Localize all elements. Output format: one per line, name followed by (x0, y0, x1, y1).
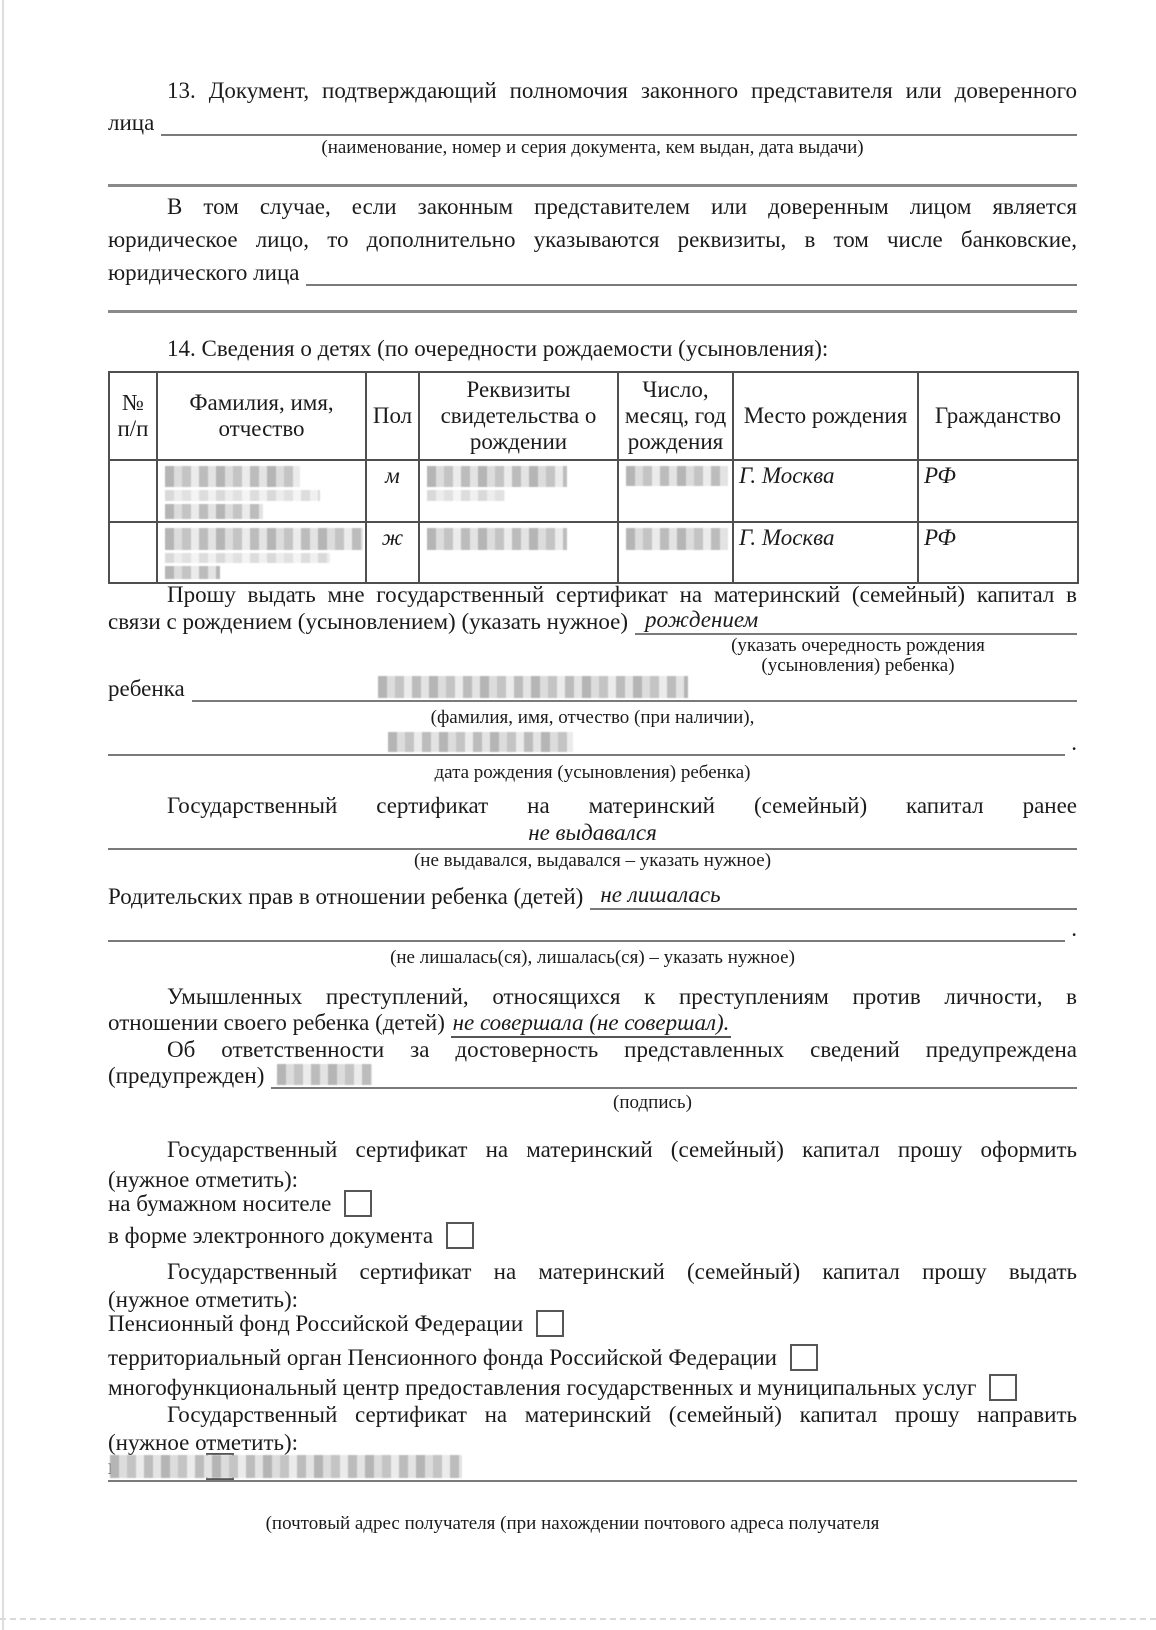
cell-birth-place: Г. Москва (733, 522, 918, 583)
child-name-caption: (фамилия, имя, отчество (при наличии), (108, 708, 1077, 728)
parental-rights-field[interactable]: не лишалась (590, 884, 1077, 910)
redacted-value (427, 528, 567, 550)
cell-birth-cert (419, 522, 618, 583)
parental-rights-value: не лишалась (590, 882, 720, 908)
cell-birth-place: Г. Москва (733, 460, 918, 522)
redacted-value (165, 504, 263, 519)
option-electronic-label: в форме электронного документа (108, 1223, 433, 1248)
signature-field[interactable] (271, 1063, 1077, 1089)
option-pfr: Пенсионный фонд Российской Федерации (108, 1310, 1077, 1338)
col-birth-place: Место рождения (733, 372, 918, 460)
issue-form-line1: Государственный сертификат на матерински… (108, 1137, 1077, 1163)
mail-address-row (108, 1480, 1077, 1482)
cell-citizenship: РФ (918, 522, 1078, 583)
scan-edge-artifact (2, 0, 4, 1630)
child-birthdate-field[interactable] (108, 730, 1065, 756)
parental-rights-cont-row: . (108, 916, 1077, 942)
redacted-address (110, 1455, 462, 1478)
application-form-page: 13. Документ, подтверждающий полномочия … (0, 0, 1156, 1630)
parental-rights-label: Родительских прав в отношении ребенка (д… (108, 884, 583, 910)
cell-number (109, 522, 157, 583)
birth-order-value: рождением (635, 607, 758, 633)
option-paper: на бумажном носителе (108, 1190, 1077, 1218)
electronic-checkbox[interactable] (446, 1222, 474, 1249)
request-row: связи с рождением (усыновлением) (указат… (108, 609, 1077, 635)
redacted-value (427, 466, 567, 487)
redacted-value (165, 466, 300, 487)
child-name-field[interactable] (192, 676, 1077, 702)
request-label: связи с рождением (усыновлением) (указат… (108, 609, 628, 635)
redacted-value (626, 528, 728, 550)
option-mfc: многофункциональный центр предоставления… (108, 1374, 1077, 1402)
option-electronic: в форме электронного документа (108, 1222, 1077, 1250)
send-by-line1: Государственный сертификат на матерински… (108, 1402, 1077, 1428)
children-table: № п/п Фамилия, имя, отчество Пол Реквизи… (108, 371, 1079, 584)
prior-cert-field[interactable]: не выдавался (108, 820, 1077, 850)
paper-checkbox[interactable] (344, 1190, 372, 1217)
period: . (1065, 730, 1077, 756)
legal-entity-line1: В том случае, если законным представител… (108, 194, 1077, 220)
child-name-row: ребенка (108, 676, 1077, 702)
option-territorial: территориальный орган Пенсионного фонда … (108, 1344, 1077, 1372)
child-row-1: м Г. Москва РФ (109, 460, 1078, 522)
signature-caption: (подпись) (108, 1093, 1077, 1113)
crimes-line2: отношении своего ребенка (детей) не сове… (108, 1010, 1077, 1036)
legal-entity-row: юридического лица (108, 260, 1077, 286)
responsibility-label: (предупрежден) (108, 1063, 264, 1089)
option-paper-label: на бумажном носителе (108, 1191, 331, 1216)
issue-by-line1: Государственный сертификат на матерински… (108, 1259, 1077, 1285)
redacted-signature (277, 1064, 372, 1085)
child-birthdate-row: . (108, 730, 1077, 756)
legal-entity-write-in-line[interactable] (306, 260, 1077, 286)
cell-name (157, 460, 366, 522)
crimes-line1: Умышленных преступлений, относящихся к п… (108, 984, 1077, 1010)
page-bottom-perforation (0, 1618, 1156, 1620)
option-pfr-label: Пенсионный фонд Российской Федерации (108, 1311, 523, 1336)
col-birth-date: Число, месяц, год рождения (618, 372, 733, 460)
redacted-value (388, 732, 573, 752)
mail-address-field[interactable] (108, 1480, 1077, 1482)
cell-birth-cert (419, 460, 618, 522)
col-number: № п/п (109, 372, 157, 460)
signature-row: (предупрежден) (108, 1063, 1077, 1089)
col-birth-cert: Реквизиты свидетельства о рождении (419, 372, 618, 460)
section13-label: лица (108, 110, 154, 136)
legal-entity-line2: юридическое лицо, то дополнительно указы… (108, 227, 1077, 253)
territorial-checkbox[interactable] (790, 1344, 818, 1371)
cell-citizenship: РФ (918, 460, 1078, 522)
option-territorial-label: территориальный орган Пенсионного фонда … (108, 1345, 777, 1370)
cell-sex: м (366, 460, 419, 522)
child-row-2: ж Г. Москва РФ (109, 522, 1078, 583)
parental-rights-caption: (не лишалась(ся), лишалась(ся) – указать… (108, 948, 1077, 968)
children-table-header-row: № п/п Фамилия, имя, отчество Пол Реквизи… (109, 372, 1078, 460)
mfc-checkbox[interactable] (989, 1374, 1017, 1401)
separator-line (108, 310, 1077, 313)
crimes-label: отношении своего ребенка (детей) (108, 1010, 445, 1035)
redacted-value (165, 528, 363, 550)
redacted-value (378, 676, 688, 698)
separator-line (108, 184, 1077, 187)
redacted-value (165, 490, 320, 501)
section13-line1: 13. Документ, подтверждающий полномочия … (108, 78, 1077, 104)
redacted-value (165, 566, 220, 579)
mail-address-caption: (почтовый адрес получателя (при нахожден… (108, 1514, 1077, 1534)
birth-order-field[interactable]: рождением (635, 609, 1077, 635)
request-line1: Прошу выдать мне государственный сертифи… (108, 582, 1077, 608)
option-mfc-label: многофункциональный центр предоставления… (108, 1375, 976, 1400)
birth-order-caption: (указать очередность рождения (усыновлен… (708, 636, 1008, 676)
parental-rights-row: Родительских прав в отношении ребенка (д… (108, 884, 1077, 910)
responsibility-line1: Об ответственности за достоверность пред… (108, 1037, 1077, 1063)
prior-cert-caption: (не выдавался, выдавался – указать нужно… (108, 851, 1077, 871)
child-birthdate-caption: дата рождения (усыновления) ребенка) (108, 763, 1077, 783)
cell-name (157, 522, 366, 583)
parental-rights-cont-field[interactable] (108, 916, 1065, 942)
redacted-value (626, 466, 728, 486)
child-label: ребенка (108, 676, 185, 702)
cell-number (109, 460, 157, 522)
prior-cert-line1: Государственный сертификат на матерински… (108, 793, 1077, 819)
crimes-value: не совершала (не совершал). (451, 1010, 732, 1038)
pfr-checkbox[interactable] (536, 1310, 564, 1337)
period: . (1065, 916, 1077, 942)
legal-entity-label: юридического лица (108, 260, 299, 286)
redacted-value (165, 553, 330, 563)
redacted-value (427, 490, 505, 501)
cell-birth-date (618, 522, 733, 583)
section13-row: лица (108, 110, 1077, 136)
col-sex: Пол (366, 372, 419, 460)
section14-title: 14. Сведения о детях (по очередности рож… (108, 336, 1077, 362)
section13-write-in-line[interactable] (161, 110, 1077, 136)
col-citizenship: Гражданство (918, 372, 1078, 460)
cell-birth-date (618, 460, 733, 522)
cell-sex: ж (366, 522, 419, 583)
col-name: Фамилия, имя, отчество (157, 372, 366, 460)
section13-caption: (наименование, номер и серия документа, … (108, 138, 1077, 158)
